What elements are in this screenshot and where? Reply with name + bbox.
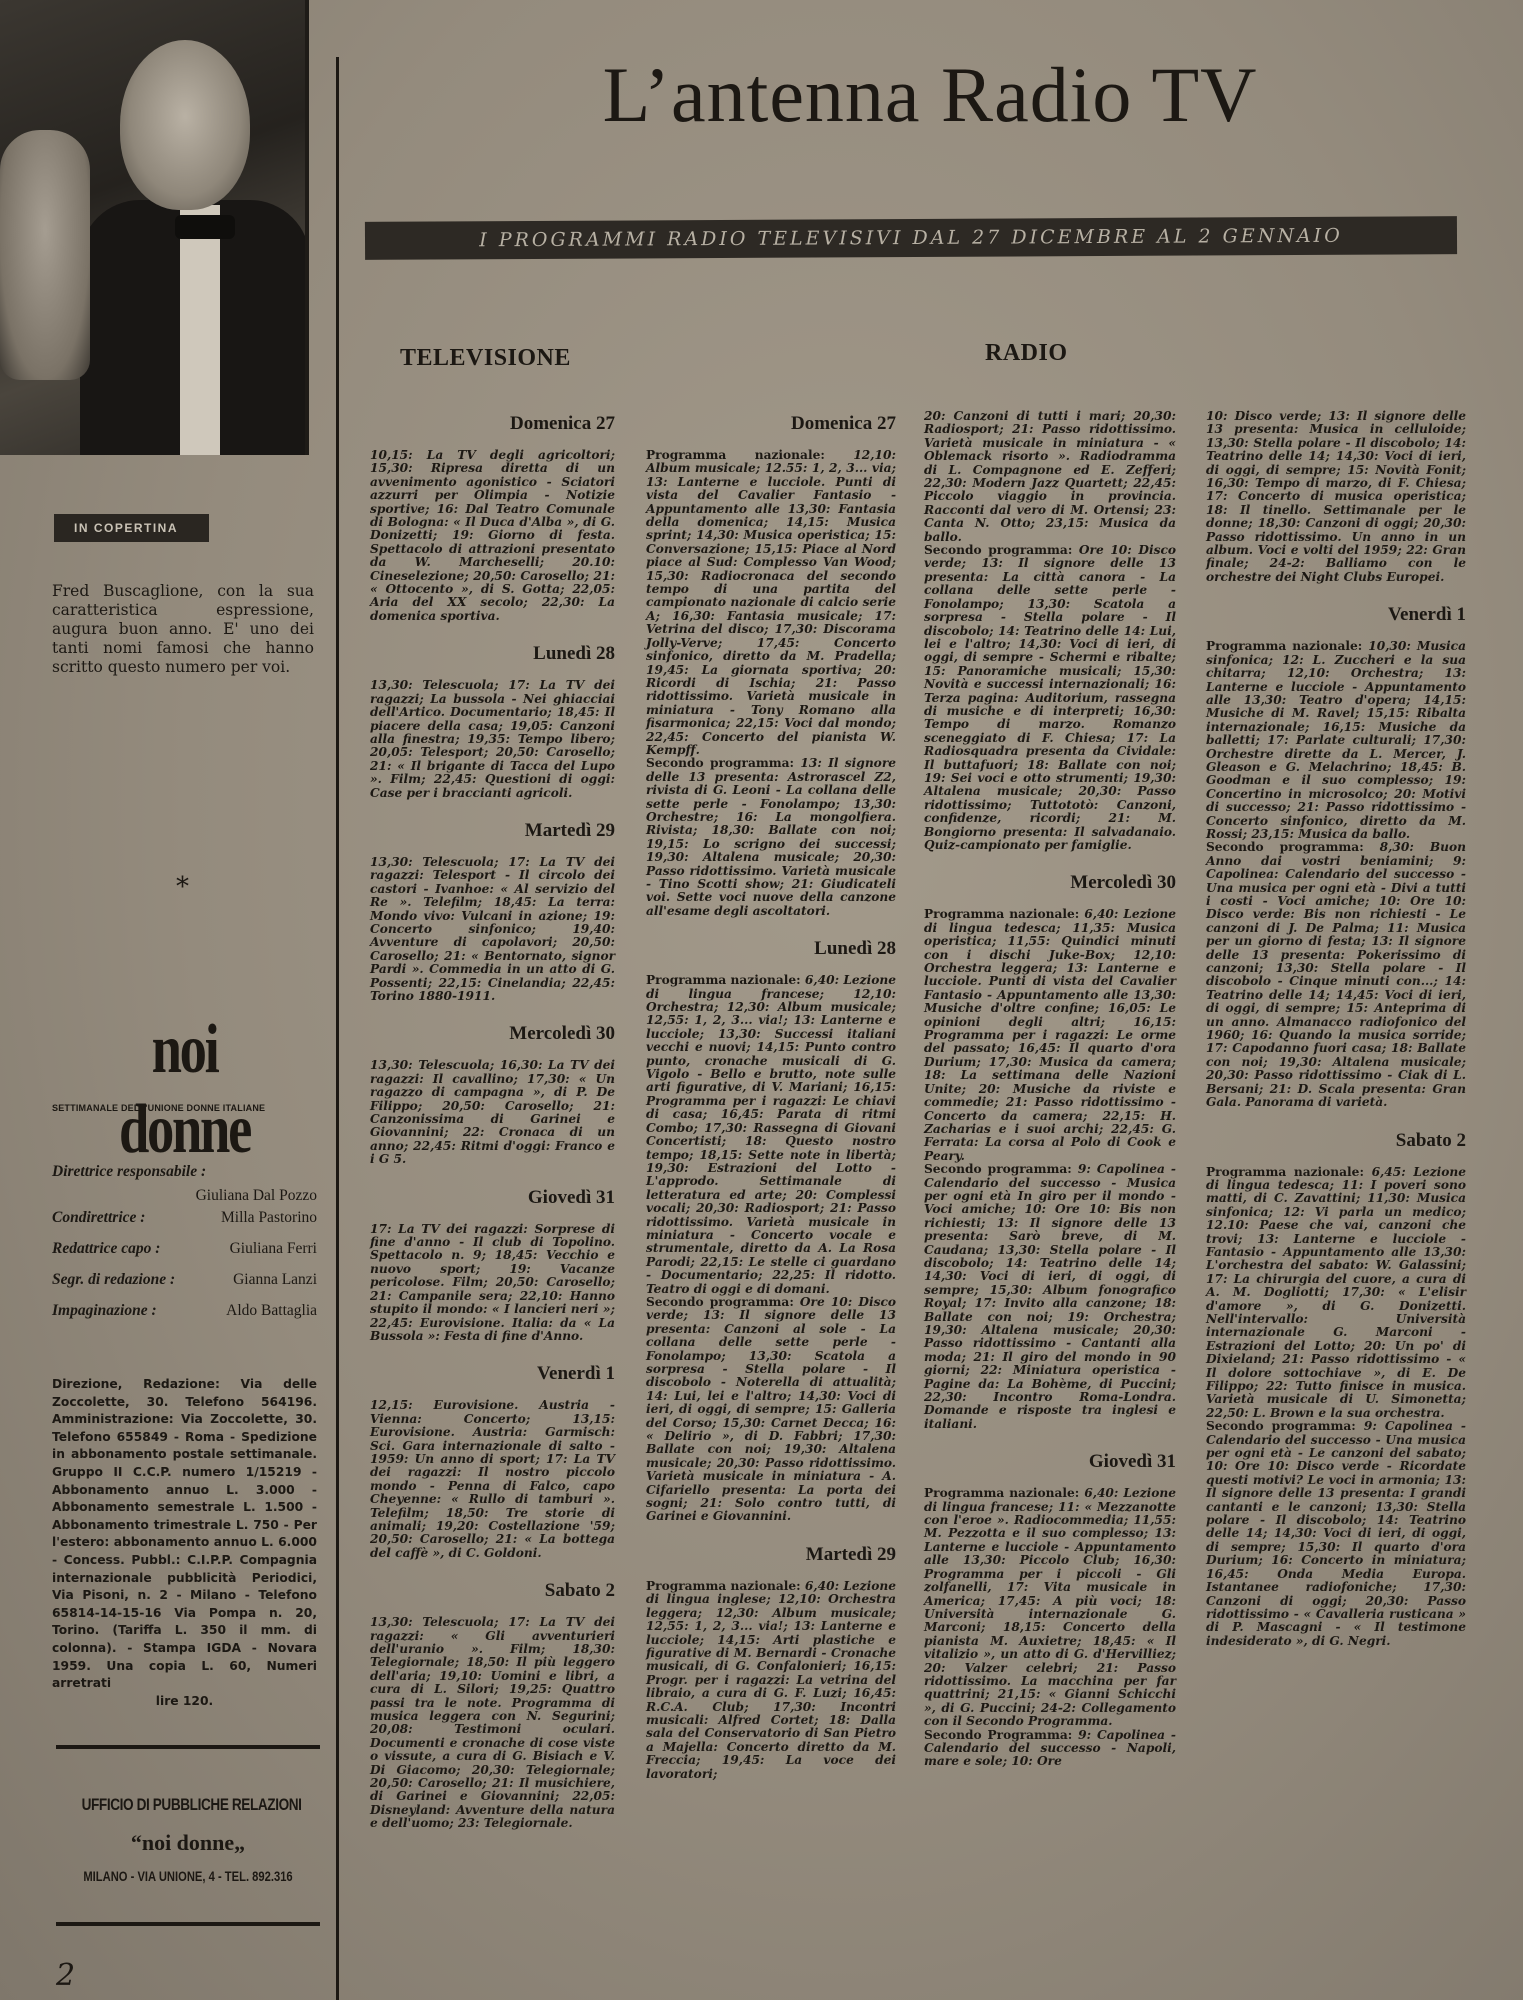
radio-national-schedule-cont: 20: Canzoni di tutti i mari; 20,30: Radi… (924, 410, 1176, 544)
program-label: Programma nazionale: (646, 448, 825, 462)
program-label: Secondo programma: (646, 756, 794, 770)
program-text: Ore 10: Disco verde; 13: Il signore dell… (646, 1295, 896, 1524)
staff-role: Condirettrice : (52, 1209, 145, 1227)
staff-name: Giuliana Dal Pozzo (196, 1187, 317, 1205)
tv-day-schedule: 17: La TV dei ragazzi: Sorprese di fine … (370, 1223, 615, 1344)
program-label: Secondo programma: (646, 1295, 794, 1309)
photo-hand (0, 130, 90, 380)
program-text: 12,10: Album musicale; 12.55: 1, 2, 3...… (646, 448, 896, 757)
staff-row: Redattrice capo : Giuliana Ferri (52, 1240, 317, 1271)
radio-national-schedule: Programma nazionale: 12,10: Album musica… (646, 449, 896, 757)
tv-day-schedule: 13,30: Telescuola; 16,30: La TV dei raga… (370, 1059, 615, 1166)
program-label: Secondo programma: (1206, 840, 1364, 854)
divider-rule (56, 1745, 320, 1749)
radio-second-schedule: Secondo Programma: 9: Capolinea - Calend… (924, 1729, 1176, 1769)
program-label: Programma nazionale: (1206, 1165, 1364, 1179)
radio-second-schedule: Secondo programma: 9: Capolinea - Calend… (1206, 1420, 1466, 1648)
program-text: 13: Il signore delle 13 presenta: Astror… (646, 756, 896, 917)
cover-photo (0, 0, 305, 455)
imprint-tail: lire 120. (52, 1693, 317, 1711)
in-copertina-badge: IN COPERTINA (54, 514, 209, 542)
program-text: 9: Capolinea - Calendario del successo -… (1206, 1419, 1466, 1648)
tv-column: Domenica 27 10,15: La TV degli agricolto… (370, 413, 615, 1851)
tv-day-heading: Lunedì 28 (370, 643, 615, 665)
tv-day-heading: Mercoledì 30 (370, 1023, 615, 1045)
staff-name: Giuliana Ferri (230, 1240, 317, 1258)
page-title: L’antenna Radio TV (365, 50, 1495, 140)
radio-national-schedule: Programma nazionale: 6,40: Lezione di li… (646, 1580, 896, 1781)
program-text: 6,40: Lezione di lingua tedesca; 11,35: … (924, 907, 1176, 1162)
staff-list: Direttrice responsabile : Giuliana Dal P… (52, 1163, 317, 1333)
radio-day-heading: Domenica 27 (646, 413, 896, 435)
photo-border (305, 0, 309, 455)
divider-rule (56, 1922, 320, 1926)
program-text: 6,40: Lezione di lingua francese; 11: « … (924, 1486, 1176, 1728)
radio-national-schedule: Programma nazionale: 6,40: Lezione di li… (924, 1487, 1176, 1728)
magazine-page: IN COPERTINA Fred Buscaglione, con la su… (0, 0, 1523, 2000)
tv-day-schedule: 13,30: Telescuola; 17: La TV dei ragazzi… (370, 1616, 615, 1831)
staff-role: Direttrice responsabile : (52, 1163, 206, 1181)
tv-day-heading: Giovedì 31 (370, 1187, 615, 1209)
radio-national-schedule: Programma nazionale: 6,40: Lezione di li… (924, 908, 1176, 1163)
radio-national-schedule: Programma nazionale: 6,45: Lezione di li… (1206, 1166, 1466, 1421)
program-label: Programma nazionale: (924, 907, 1079, 921)
program-label: Programma nazionale: (646, 973, 801, 987)
radio-national-schedule: Programma nazionale: 6,40: Lezione di li… (646, 974, 896, 1296)
radio-second-schedule: Secondo programma: 9: Capolinea - Calend… (924, 1163, 1176, 1431)
program-label: Secondo programma: (1206, 1419, 1356, 1433)
photo-shirt (180, 205, 220, 455)
radio-second-schedule-cont: 10: Disco verde; 13: Il signore delle 13… (1206, 410, 1466, 584)
radio-day-heading: Venerdì 1 (1206, 604, 1466, 626)
pr-office-name: “noi donne„ (55, 1830, 321, 1856)
asterisk-ornament: * (176, 872, 189, 902)
magazine-subtitle: SETTIMANALE DELL'UNIONE DONNE ITALIANE (52, 1103, 304, 1114)
program-text: 10,30: Musica sinfonica; 12: L. Zuccheri… (1206, 639, 1466, 841)
staff-role: Redattrice capo : (52, 1240, 160, 1258)
program-label: Programma nazionale: (1206, 639, 1362, 653)
pr-office-address: MILANO - VIA UNIONE, 4 - TEL. 892.316 (82, 1868, 295, 1884)
pr-office-title: UFFICIO DI PUBBLICHE RELAZIONI (82, 1795, 295, 1815)
staff-name: Milla Pastorino (221, 1209, 317, 1227)
program-label: Programma nazionale: (924, 1486, 1079, 1500)
tv-day-heading: Domenica 27 (370, 413, 615, 435)
radio-second-schedule: Secondo programma: Ore 10: Disco verde; … (924, 544, 1176, 852)
staff-row: Direttrice responsabile : Giuliana Dal P… (52, 1163, 317, 1187)
program-text: Ore 10: Disco verde; 13: Il signore dell… (924, 543, 1176, 852)
program-text: 6,40: Lezione di lingua inglese; 12,10: … (646, 1579, 896, 1781)
television-heading: TELEVISIONE (400, 345, 571, 372)
tv-day-schedule: 13,30: Telescuola; 17: La TV dei ragazzi… (370, 679, 615, 800)
radio-column-2: 20: Canzoni di tutti i mari; 20,30: Radi… (924, 410, 1176, 1789)
program-text: 6,40: Lezione di lingua francese; 12,10:… (646, 973, 896, 1295)
radio-day-heading: Martedì 29 (646, 1544, 896, 1566)
radio-day-heading: Lunedì 28 (646, 938, 896, 960)
program-text: 6,45: Lezione di lingua tedesca; 11: I p… (1206, 1165, 1466, 1420)
column-divider (336, 57, 339, 2000)
staff-row: Condirettrice : Milla Pastorino (52, 1209, 317, 1240)
tv-day-heading: Sabato 2 (370, 1580, 615, 1602)
radio-second-schedule: Secondo programma: 8,30: Buon Anno dai v… (1206, 841, 1466, 1109)
program-label: Secondo Programma: (924, 1728, 1072, 1742)
tv-day-schedule: 12,15: Eurovisione. Austria - Vienna: Co… (370, 1399, 615, 1560)
radio-day-heading: Sabato 2 (1206, 1130, 1466, 1152)
radio-national-schedule: Programma nazionale: 10,30: Musica sinfo… (1206, 640, 1466, 841)
radio-second-schedule: Secondo programma: 13: Il signore delle … (646, 757, 896, 918)
imprint-body: Direzione, Redazione: Via delle Zoccolet… (52, 1377, 317, 1690)
program-text: 9: Capolinea - Calendario del successo -… (924, 1162, 1176, 1431)
cover-caption: Fred Buscaglione, con la sua caratterist… (52, 582, 314, 677)
radio-second-schedule: Secondo programma: Ore 10: Disco verde; … (646, 1296, 896, 1524)
program-text: 8,30: Buon Anno dai vostri beniamini; 9:… (1206, 840, 1466, 1109)
program-label: Secondo programma: (924, 543, 1072, 557)
radio-column-1: Domenica 27 Programma nazionale: 12,10: … (646, 413, 896, 1801)
program-label: Secondo programma: (924, 1162, 1072, 1176)
radio-heading: RADIO (985, 340, 1068, 367)
tv-day-schedule: 10,15: La TV degli agricoltori; 15,30: R… (370, 449, 615, 623)
photo-face (120, 40, 250, 210)
staff-row: Impaginazione : Aldo Battaglia (52, 1302, 317, 1333)
page-number: 2 (56, 1958, 75, 1993)
staff-name: Aldo Battaglia (226, 1302, 317, 1320)
photo-bowtie (175, 215, 235, 239)
radio-day-heading: Giovedì 31 (924, 1451, 1176, 1473)
magazine-logo: noi donne (81, 1010, 288, 1170)
staff-role: Impaginazione : (52, 1302, 157, 1320)
programs-banner: I PROGRAMMI RADIO TELEVISIVI DAL 27 DICE… (365, 216, 1457, 260)
tv-day-heading: Martedì 29 (370, 820, 615, 842)
radio-day-heading: Mercoledì 30 (924, 872, 1176, 894)
tv-day-heading: Venerdì 1 (370, 1363, 615, 1385)
staff-name: Gianna Lanzi (233, 1271, 317, 1289)
staff-role: Segr. di redazione : (52, 1271, 175, 1289)
program-label: Programma nazionale: (646, 1579, 801, 1593)
imprint-text: Direzione, Redazione: Via delle Zoccolet… (52, 1376, 317, 1710)
radio-column-3: 10: Disco verde; 13: Il signore delle 13… (1206, 410, 1466, 1668)
staff-row: Segr. di redazione : Gianna Lanzi (52, 1271, 317, 1302)
tv-day-schedule: 13,30: Telescuola; 17: La TV dei ragazzi… (370, 856, 615, 1003)
